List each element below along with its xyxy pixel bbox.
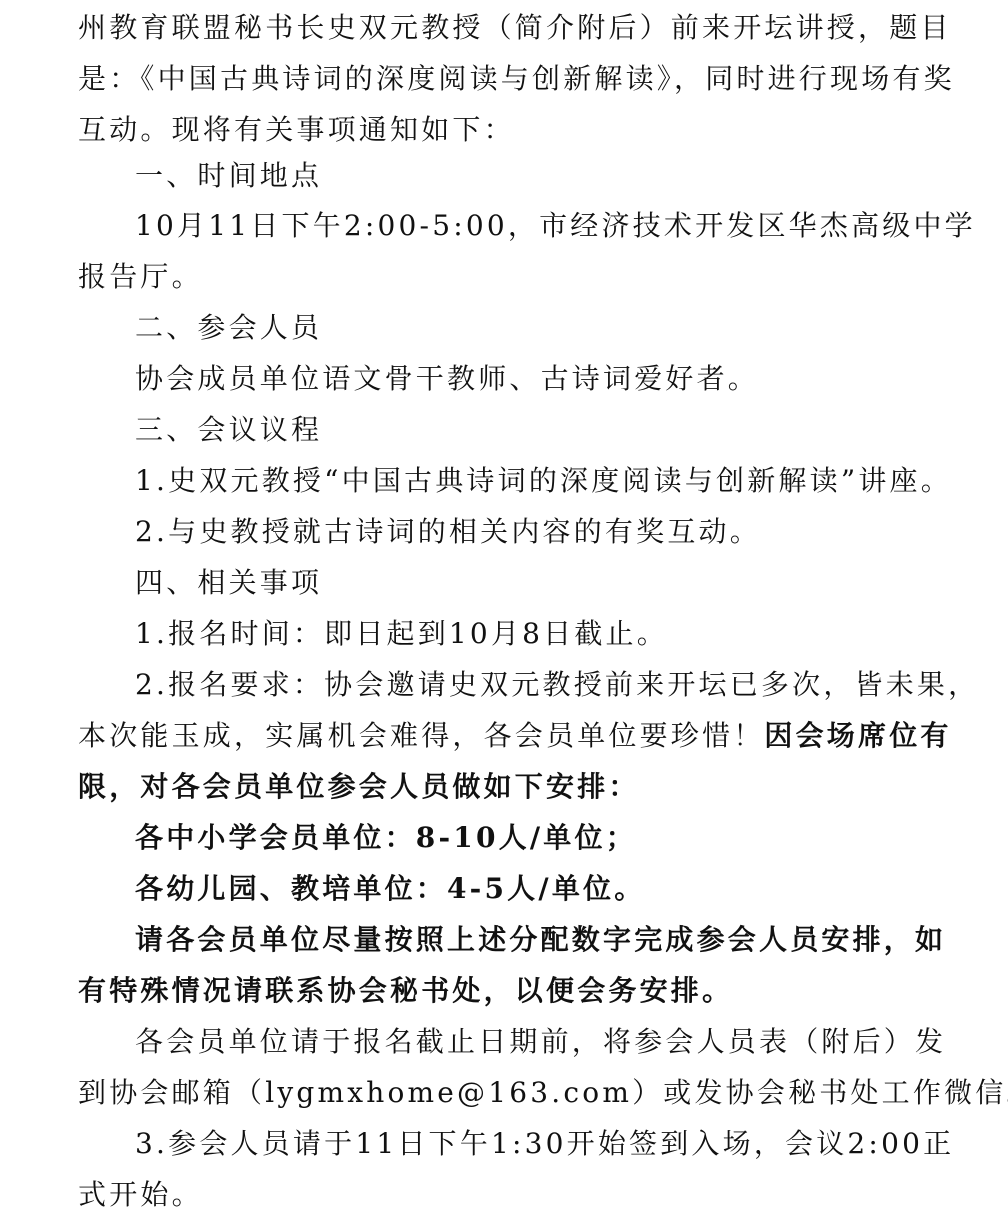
section-heading-time-place: 一、时间地点 — [135, 156, 995, 196]
intro-line-3: 互动。现将有关事项通知如下： — [78, 110, 938, 150]
intro-line-2: 是：《中国古典诗词的深度阅读与创新解读》，同时进行现场有奖 — [78, 59, 938, 99]
quota-schools: 各中小学会员单位：8-10人/单位； — [135, 818, 995, 858]
matters-item-2-requirements-line-1: 2.报名要求：协会邀请史双元教授前来开坛已多次，皆未果， — [135, 665, 995, 705]
agenda-item-1: 1.史双元教授“中国古典诗词的深度阅读与创新解读”讲座。 — [135, 461, 995, 501]
matters-item-3-checkin-line-2: 式开始。 — [78, 1175, 938, 1210]
submission-line-1: 各会员单位请于报名截止日期前，将参会人员表（附后）发 — [135, 1022, 995, 1062]
agenda-item-2: 2.与史教授就古诗词的相关内容的有奖互动。 — [135, 512, 995, 552]
quota-kindergartens: 各幼儿园、教培单位：4-5人/单位。 — [135, 869, 995, 909]
section-heading-attendees: 二、参会人员 — [135, 308, 995, 348]
time-place-text-2: 报告厅。 — [78, 257, 938, 297]
attendees-text: 协会成员单位语文骨干教师、古诗词爱好者。 — [135, 359, 995, 399]
intro-line-1: 州教育联盟秘书长史双元教授（简介附后）前来开坛讲授，题目 — [78, 8, 938, 48]
matters-item-3-checkin-line-1: 3.参会人员请于11日下午1:30开始签到入场，会议2:00正 — [135, 1124, 995, 1164]
requirements-arrangement-intro: 限，对各会员单位参会人员做如下安排： — [78, 767, 938, 807]
section-heading-related-matters: 四、相关事项 — [135, 563, 995, 603]
time-place-text-1: 10月11日下午2:00-5:00，市经济技术开发区华杰高级中学 — [135, 206, 995, 246]
requirements-bold-text: 因会场席位有 — [764, 719, 951, 752]
requirements-normal-text: 本次能玉成，实属机会难得，各会员单位要珍惜！ — [78, 719, 764, 752]
submission-line-2-email: 到协会邮箱（lygmxhome@163.com）或发协会秘书处工作微信。 — [78, 1073, 938, 1113]
quota-note-line-2: 有特殊情况请联系协会秘书处，以便会务安排。 — [78, 971, 938, 1011]
section-heading-agenda: 三、会议议程 — [135, 410, 995, 450]
matters-item-2-requirements-line-2: 本次能玉成，实属机会难得，各会员单位要珍惜！因会场席位有 — [78, 716, 938, 756]
quota-note-line-1: 请各会员单位尽量按照上述分配数字完成参会人员安排，如 — [135, 920, 995, 960]
document-page: 州教育联盟秘书长史双元教授（简介附后）前来开坛讲授，题目 是：《中国古典诗词的深… — [0, 0, 1008, 1210]
matters-item-1-registration-time: 1.报名时间：即日起到10月8日截止。 — [135, 614, 995, 654]
